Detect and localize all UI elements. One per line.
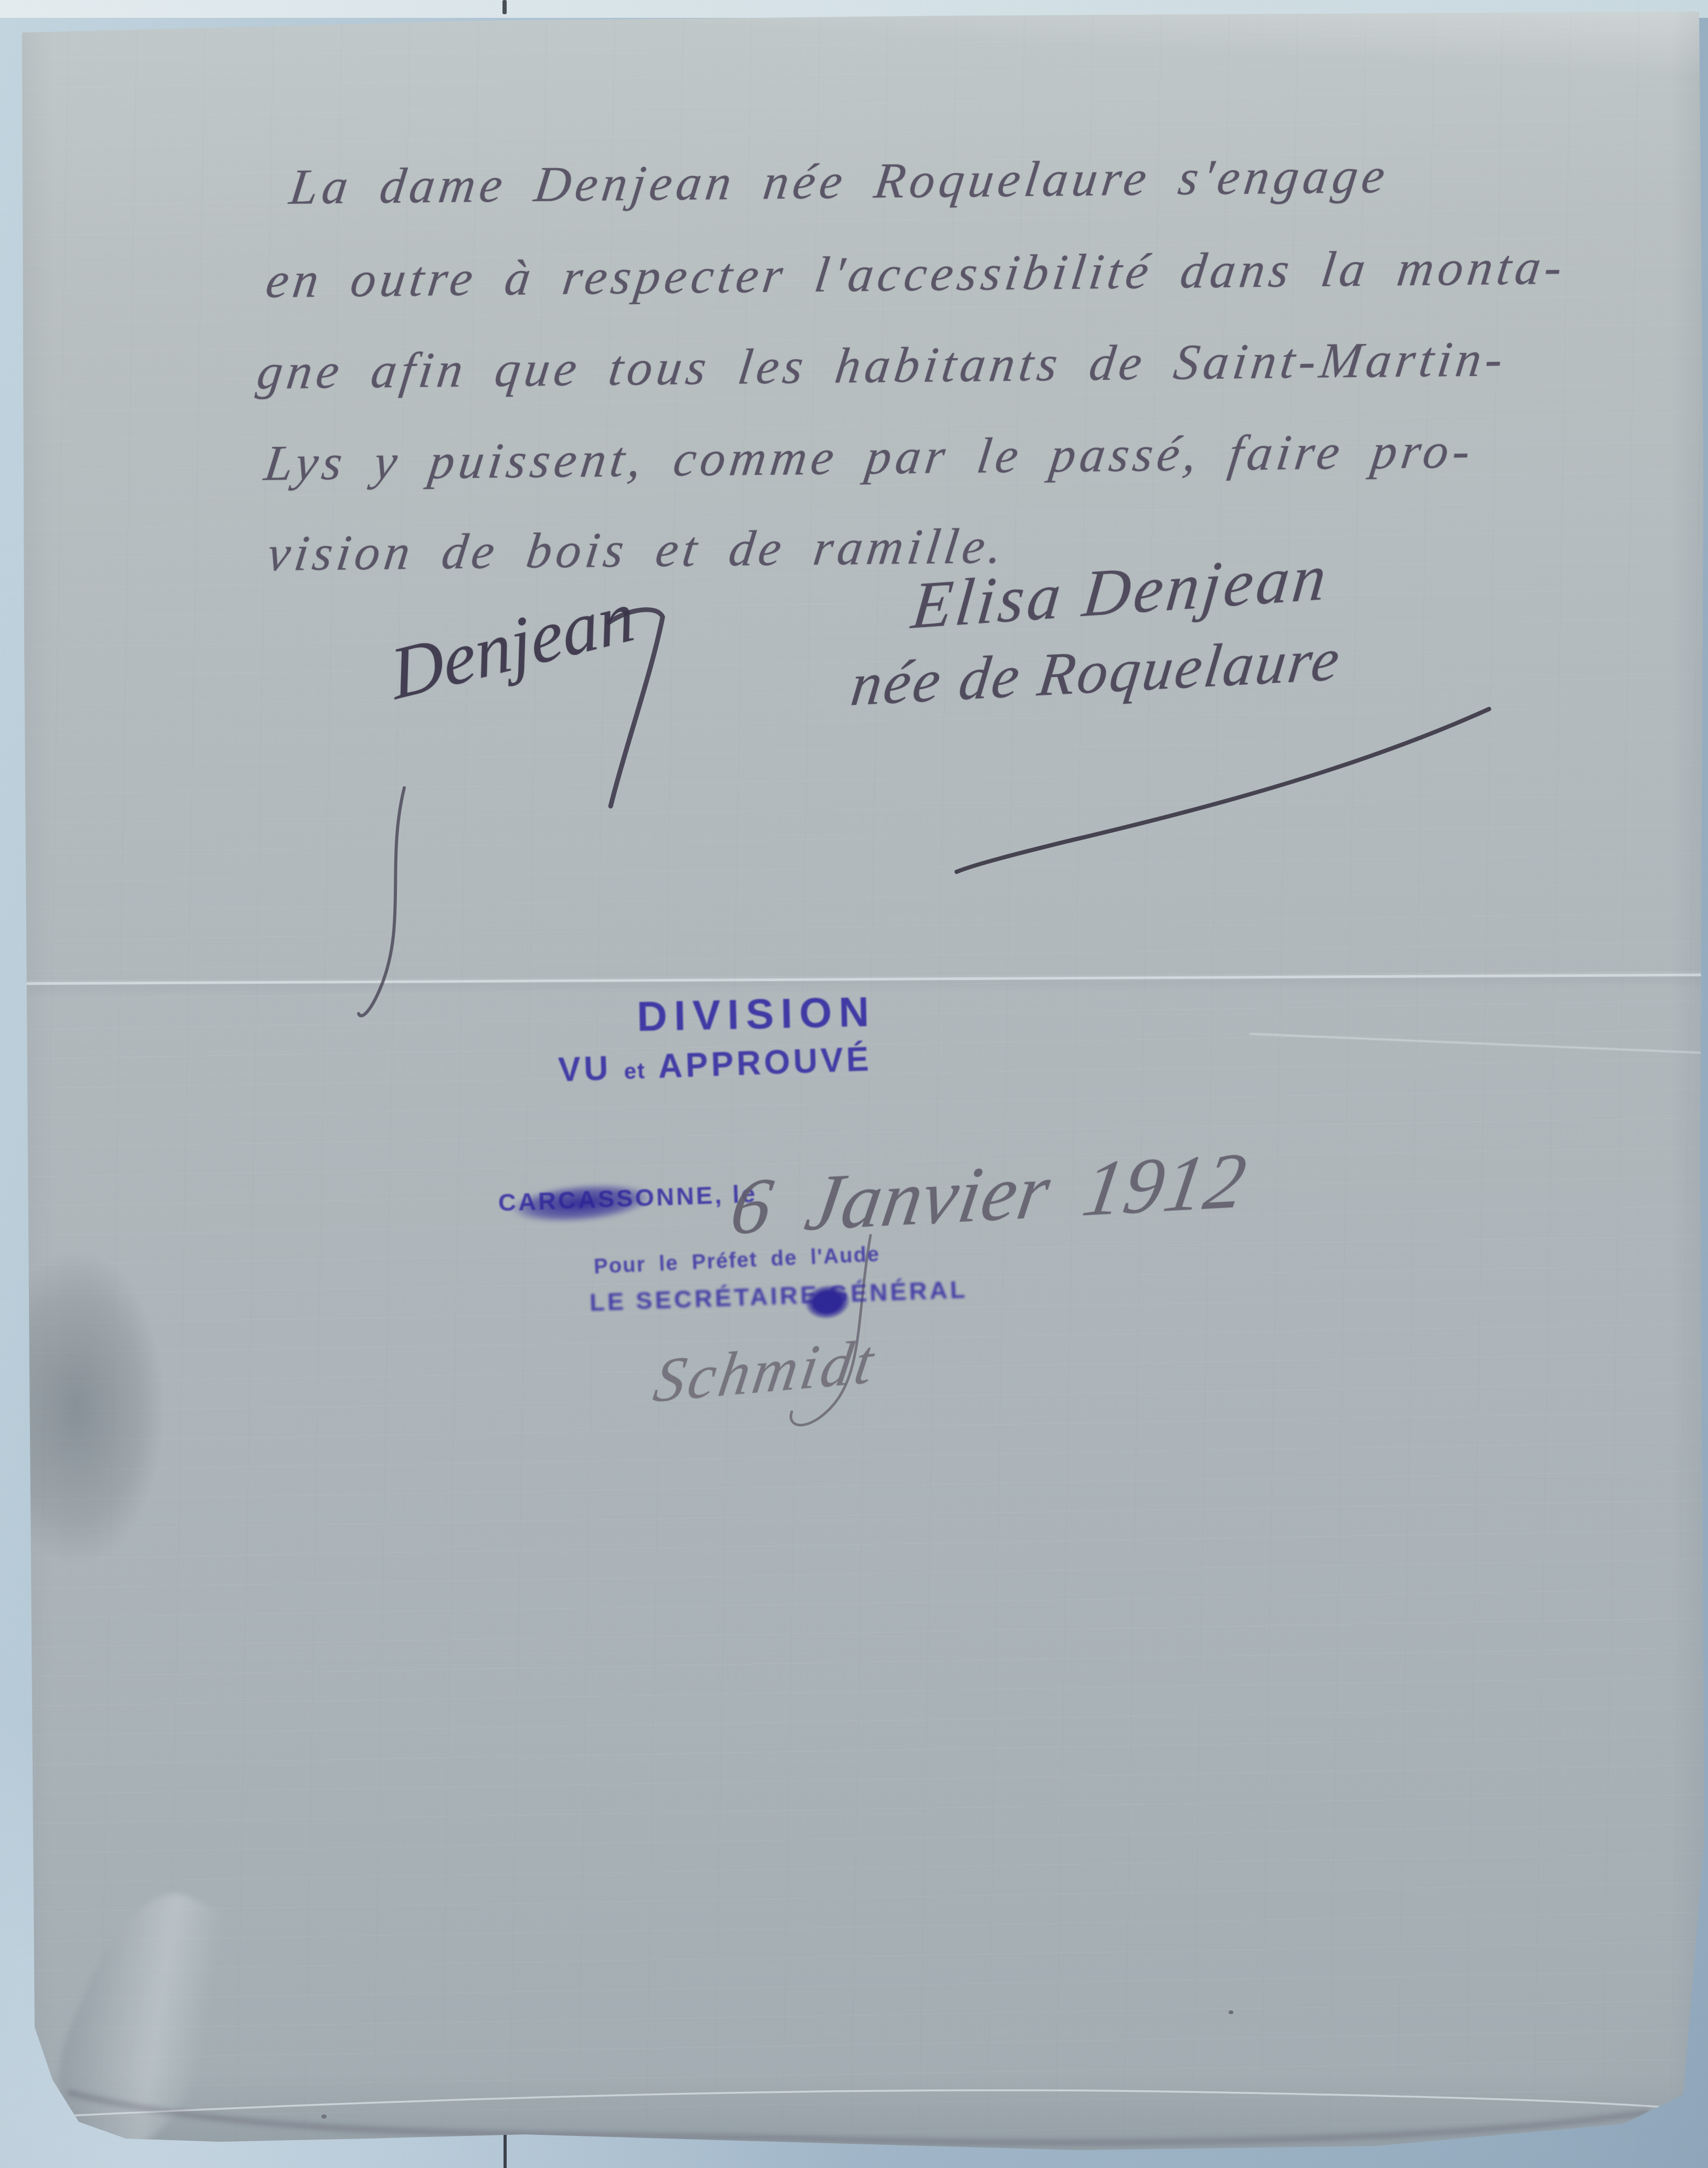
stamp-division: DIVISION: [636, 987, 876, 1041]
handwritten-line-5: vision de bois et de ramille.: [265, 516, 1010, 582]
paper-speck: [321, 2114, 327, 2119]
signature-left-paraph: Denjean: [386, 572, 640, 717]
table-seam-mark-top: [502, 0, 507, 14]
ink-smudge-overlay: [488, 1172, 675, 1235]
signature-schmidt: Schmidt: [649, 1325, 881, 1417]
photograph-of-document: La dame Denjean née Roquelaure s'engage …: [0, 0, 1708, 2168]
handwritten-line-1: La dame Denjean née Roquelaure s'engage: [287, 146, 1393, 216]
paper-sheet: La dame Denjean née Roquelaure s'engage …: [0, 0, 1708, 2168]
stamp-secretaire-general: LE SECRÉTAIRE GÉNÉRAL: [589, 1275, 968, 1317]
handwritten-line-3: gne afin que tous les habitants de Saint…: [254, 329, 1511, 401]
stamp-et-word: et: [624, 1058, 646, 1083]
handwritten-line-4: Lys y puissent, comme par le passé, fair…: [261, 421, 1478, 492]
horizontal-fold-crease: [26, 974, 1704, 985]
stamp-vu-word: VU: [558, 1049, 612, 1088]
faint-crease-right: [1250, 1033, 1701, 1054]
stamp-vu-et-approuve: VUetAPPROUVÉ: [558, 1039, 873, 1089]
handwritten-line-2: en outre à respecter l'accessibilité dan…: [263, 237, 1570, 309]
paper-speck: [1229, 2010, 1233, 2014]
signature-flourish-strokes: [0, 0, 1708, 2168]
handwritten-date: 6 Janvier 1912: [725, 1135, 1253, 1253]
stamp-approuve-word: APPROUVÉ: [657, 1040, 872, 1085]
